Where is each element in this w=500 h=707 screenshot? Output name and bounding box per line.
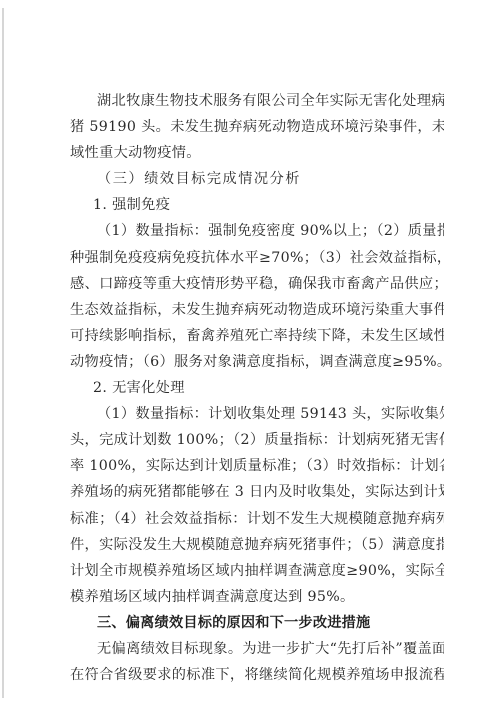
paragraph-company-summary: 湖北牧康生物技术服务有限公司全年实际无害化处理病死 猪 59190 头。未发生抛… xyxy=(70,88,444,166)
scan-page-edge xyxy=(2,8,4,698)
text-line: 无偏离绩效目标现象。为进一步扩大“先打后补”覆盖面， xyxy=(70,636,444,662)
text-line: 头，完成计划数 100%；（2）质量指标：计划病死猪无害化处理 xyxy=(70,427,444,453)
text-line: 可持续影响指标，畜禽养殖死亡率持续下降，未发生区域性重大 xyxy=(70,323,444,349)
text-line: 感、口蹄疫等重大疫情形势平稳，确保我市畜禽产品供应；（4） xyxy=(70,271,444,297)
text-line: 模养殖场区域内抽样调查满意度达到 95%。 xyxy=(70,584,444,610)
paragraph-immunization-indicators: （1）数量指标：强制免疫密度 90%以上；（2）质量指标：4 种强制免疫疫病免疫… xyxy=(70,218,444,375)
document-body: 湖北牧康生物技术服务有限公司全年实际无害化处理病死 猪 59190 头。未发生抛… xyxy=(70,88,444,688)
text-line: 种强制免疫疫病免疫抗体水平≥70%；（3）社会效益指标，禽流 xyxy=(70,245,444,271)
text-line: 猪 59190 头。未发生抛弃病死动物造成环境污染事件，未发生区 xyxy=(70,114,444,140)
item-heading-compulsory-immunization: 1. 强制免疫 xyxy=(70,192,444,218)
item-heading-harmless-treatment: 2. 无害化处理 xyxy=(70,375,444,401)
subsection-heading: （三）绩效目标完成情况分析 xyxy=(70,166,444,192)
text-line: 湖北牧康生物技术服务有限公司全年实际无害化处理病死 xyxy=(70,88,444,114)
text-line: （1）数量指标：强制免疫密度 90%以上；（2）质量指标：4 xyxy=(70,218,444,244)
text-line: 生态效益指标，未发生抛弃病死动物造成环境污染重大事件；（5） xyxy=(70,297,444,323)
section-heading-deviation-causes: 三、偏离绩效目标的原因和下一步改进措施 xyxy=(70,610,444,636)
text-line: 计划全市规模养殖场区域内抽样调查满意度≥90%，实际全市规 xyxy=(70,558,444,584)
text-line: 标准；（4）社会效益指标：计划不发生大规模随意抛弃病死猪事 xyxy=(70,506,444,532)
text-line: 域性重大动物疫情。 xyxy=(70,140,444,166)
text-line: 在符合省级要求的标准下，将继续简化规模养殖场申报流程，加 xyxy=(70,662,444,688)
text-line: 养殖场的病死猪都能够在 3 日内及时收集处，实际达到计划时效 xyxy=(70,479,444,505)
text-line: 动物疫情；（6）服务对象满意度指标，调查满意度≥95%。 xyxy=(70,349,444,375)
paragraph-improvement-measures: 无偏离绩效目标现象。为进一步扩大“先打后补”覆盖面， 在符合省级要求的标准下，将… xyxy=(70,636,444,688)
text-line: （1）数量指标：计划收集处理 59143 头，实际收集处理 59190 xyxy=(70,401,444,427)
text-line: 件，实际没发生大规模随意抛弃病死猪事件；（5）满意度指标： xyxy=(70,532,444,558)
text-line: 率 100%，实际达到计划质量标准；（3）时效指标：计划各规模 xyxy=(70,453,444,479)
paragraph-harmless-treatment-indicators: （1）数量指标：计划收集处理 59143 头，实际收集处理 59190 头，完成… xyxy=(70,401,444,610)
